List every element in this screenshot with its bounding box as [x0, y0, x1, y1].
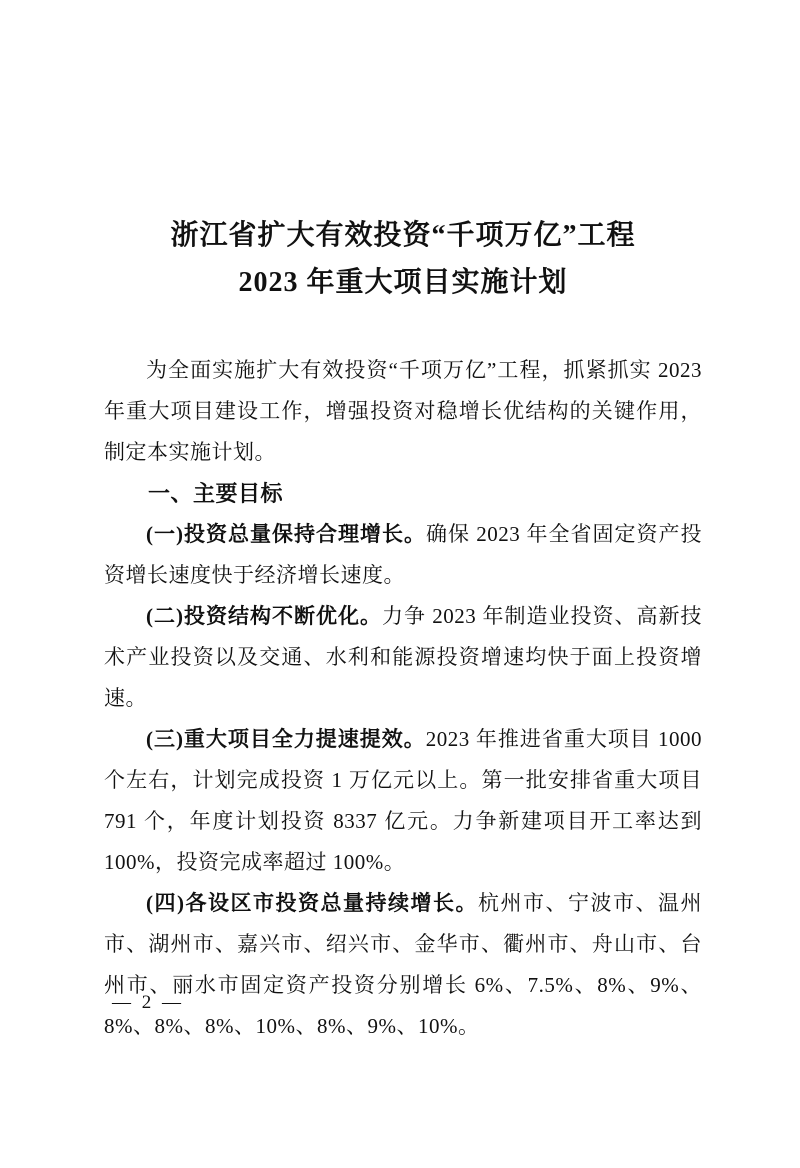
- document-content: 浙江省扩大有效投资“千项万亿”工程 2023 年重大项目实施计划 为全面实施扩大…: [104, 212, 702, 1047]
- goal-item-4-lead: (四)各设区市投资总量持续增长。: [146, 891, 478, 915]
- goal-item-2-lead: (二)投资结构不断优化。: [146, 604, 382, 628]
- section-heading-main-goals: 一、主要目标: [104, 473, 702, 514]
- goal-item-4: (四)各设区市投资总量持续增长。杭州市、宁波市、温州市、湖州市、嘉兴市、绍兴市、…: [104, 883, 702, 1047]
- document-page: 浙江省扩大有效投资“千项万亿”工程 2023 年重大项目实施计划 为全面实施扩大…: [0, 0, 800, 1168]
- title-line-2: 2023 年重大项目实施计划: [104, 259, 702, 306]
- title-line-1: 浙江省扩大有效投资“千项万亿”工程: [104, 212, 702, 259]
- document-title: 浙江省扩大有效投资“千项万亿”工程 2023 年重大项目实施计划: [104, 212, 702, 306]
- goal-item-2: (二)投资结构不断优化。力争 2023 年制造业投资、高新技术产业投资以及交通、…: [104, 596, 702, 719]
- intro-paragraph: 为全面实施扩大有效投资“千项万亿”工程，抓紧抓实 2023 年重大项目建设工作，…: [104, 350, 702, 473]
- page-number: — 2 —: [112, 992, 184, 1014]
- goal-item-3: (三)重大项目全力提速提效。2023 年推进省重大项目 1000 个左右，计划完…: [104, 719, 702, 883]
- goal-item-1: (一)投资总量保持合理增长。确保 2023 年全省固定资产投资增长速度快于经济增…: [104, 514, 702, 596]
- goal-item-1-lead: (一)投资总量保持合理增长。: [146, 522, 426, 546]
- goal-item-3-lead: (三)重大项目全力提速提效。: [146, 727, 426, 751]
